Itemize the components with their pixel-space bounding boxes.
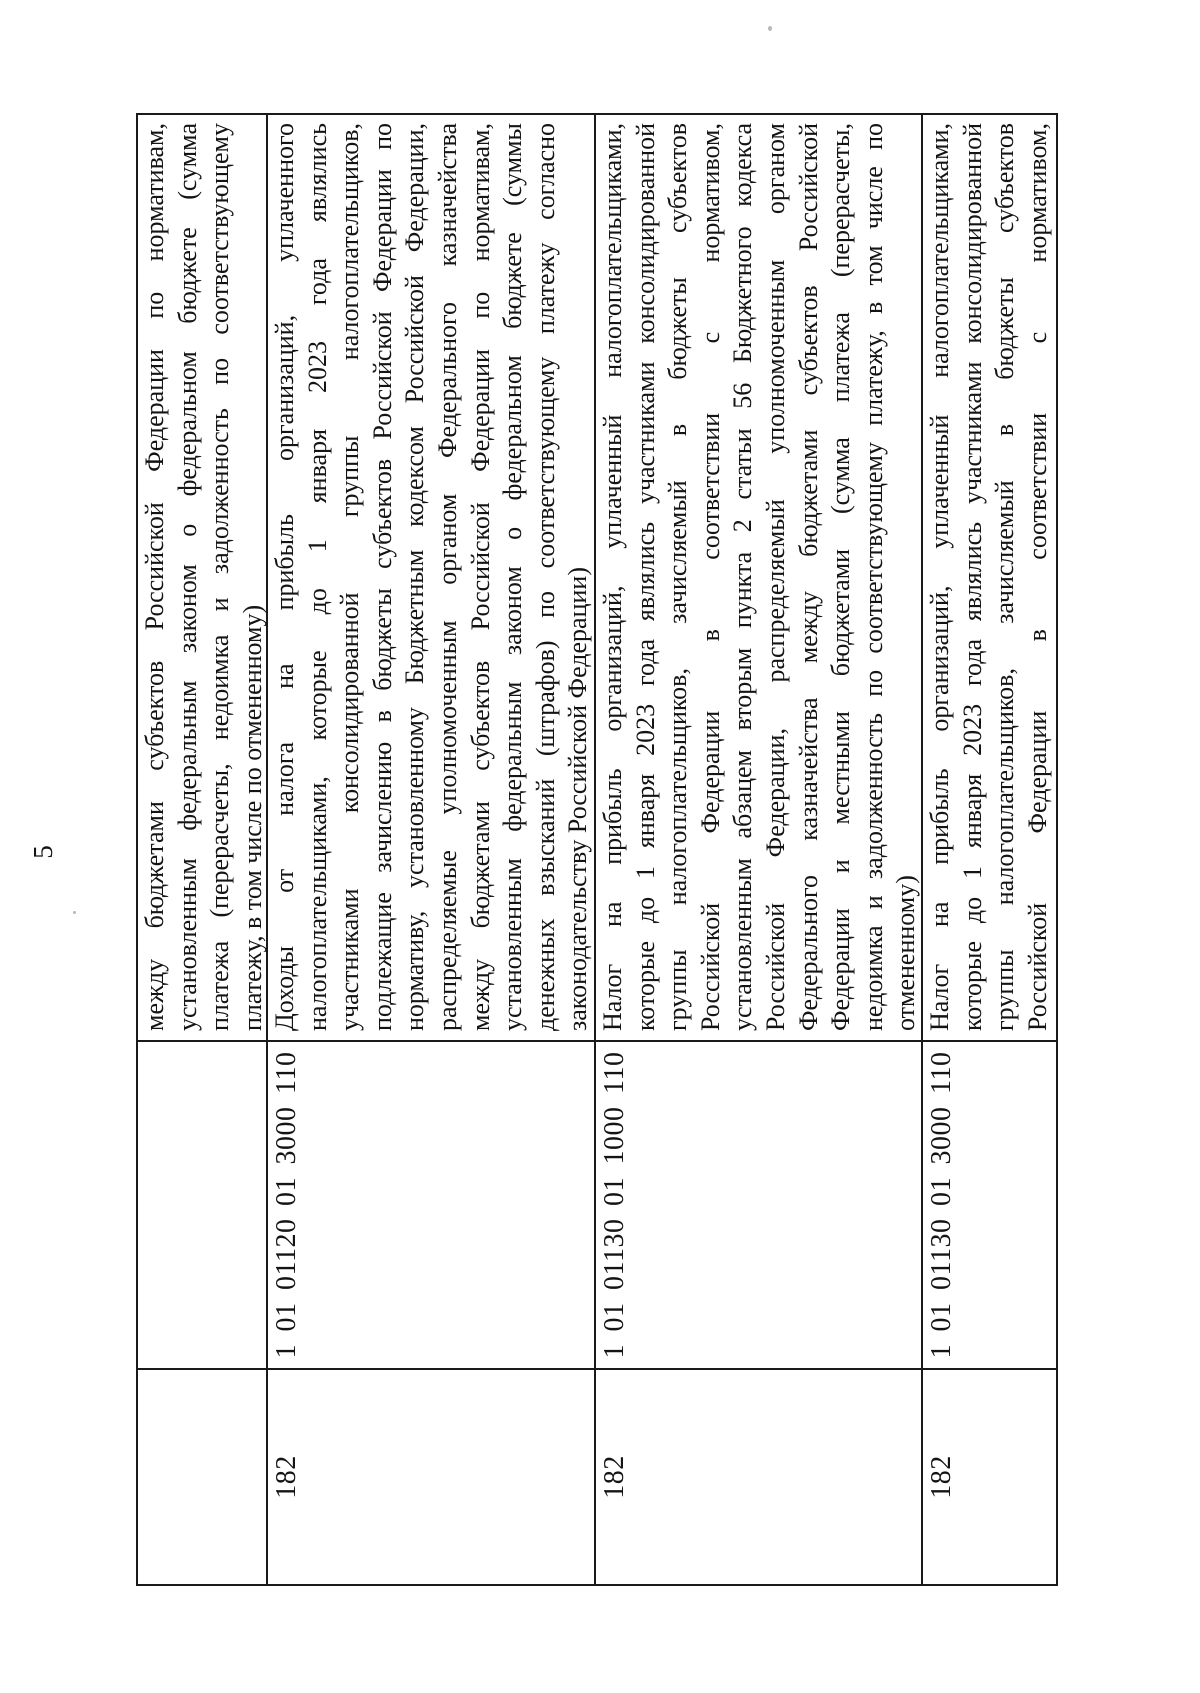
admin-code-cell-row4: 182	[923, 1368, 1058, 1584]
description-cell-row1: между бюджетами субъектов Российской Фед…	[138, 113, 268, 1040]
text-line: платежу, в том числе по отмененному)	[237, 123, 270, 1031]
kbk-code-cell-row2: 1 01 01120 01 3000 110	[268, 1040, 596, 1368]
text-line: Федерации и местными бюджетами (сумма пл…	[825, 123, 858, 1031]
admin-code-cell-row2: 182	[268, 1368, 596, 1584]
text-line: группы налогоплательщиков, зачисляемый в…	[662, 123, 695, 1031]
text-line: подлежащие зачислению в бюджеты субъекто…	[367, 123, 400, 1031]
kbk-code-cell-row1	[138, 1040, 268, 1368]
text-line: установленным федеральным законом о феде…	[172, 123, 205, 1031]
scanned-document-page: 5 между бюджетами субъектов Российской Ф…	[0, 0, 1200, 1693]
admin-code-cell-row1	[138, 1368, 268, 1584]
kbk-code-cell-row3: 1 01 01130 01 1000 110	[596, 1040, 923, 1368]
text-line: недоимка и задолженность по соответствую…	[858, 123, 891, 1031]
text-line: установленным абзацем вторым пункта 2 ст…	[727, 123, 760, 1031]
text-line: Налог на прибыль организаций, уплаченный…	[924, 123, 957, 1031]
budget-classification-table: между бюджетами субъектов Российской Фед…	[136, 113, 1058, 1586]
text-line: нормативу, установленному Бюджетным коде…	[399, 123, 432, 1031]
text-line: налогоплательщиками, которые до 1 января…	[302, 123, 335, 1031]
text-line: отмененному)	[890, 123, 923, 1031]
text-line: Доходы от налога на прибыль организаций,…	[269, 123, 302, 1031]
text-line: Российской Федерации в соответствии с но…	[1022, 123, 1055, 1031]
text-line: Федерального казначейства между бюджетам…	[793, 123, 826, 1031]
description-cell-row4: Налог на прибыль организаций, уплаченный…	[923, 113, 1058, 1040]
description-cell-row2: Доходы от налога на прибыль организаций,…	[268, 113, 596, 1040]
text-line: установленным федеральным законом о феде…	[497, 123, 530, 1031]
text-line: которые до 1 января 2023 года являлись у…	[957, 123, 990, 1031]
rotated-sheet: 5 между бюджетами субъектов Российской Ф…	[0, 0, 1200, 1693]
kbk-code-cell-row4: 1 01 01130 01 3000 110	[923, 1040, 1058, 1368]
text-line: Российской Федерации в соответствии с но…	[695, 123, 728, 1031]
text-line: которые до 1 января 2023 года являлись у…	[630, 123, 663, 1031]
admin-code-cell-row3: 182	[596, 1368, 923, 1584]
text-line: участниками консолидированной группы нал…	[334, 123, 367, 1031]
scan-speck	[768, 26, 772, 31]
text-line: между бюджетами субъектов Российской Фед…	[139, 123, 172, 1031]
text-line: группы налогоплательщиков, зачисляемый в…	[989, 123, 1022, 1031]
text-line: платежа (перерасчеты, недоимка и задолже…	[204, 123, 237, 1031]
text-line: распределяемые уполномоченным органом Фе…	[432, 123, 465, 1031]
description-cell-row3: Налог на прибыль организаций, уплаченный…	[596, 113, 923, 1040]
text-line: Налог на прибыль организаций, уплаченный…	[597, 123, 630, 1031]
text-line: законодательству Российской Федерации)	[562, 123, 595, 1031]
text-line: между бюджетами субъектов Российской Фед…	[465, 123, 498, 1031]
text-line: Российской Федерации, распределяемый упо…	[760, 123, 793, 1031]
scan-speck	[73, 911, 76, 914]
text-line: денежных взысканий (штрафов) по соответс…	[530, 123, 563, 1031]
page-number: 5	[28, 817, 58, 887]
